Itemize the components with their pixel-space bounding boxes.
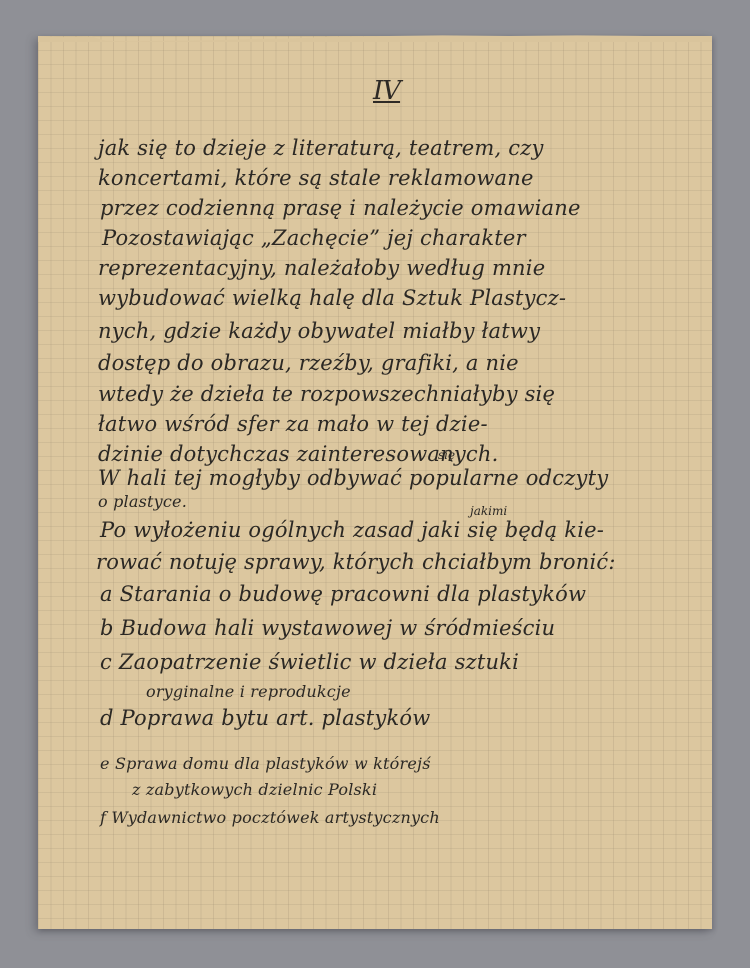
- text-line-1: jak się to dzieje z literaturą, teatrem,…: [98, 136, 544, 160]
- interlinear-insertion-sie: się: [438, 448, 455, 462]
- list-item-f: f Wydawnictwo pocztówek artystycznych: [100, 808, 440, 827]
- list-item-a: a Starania o budowę pracowni dla plastyk…: [100, 582, 586, 606]
- text-line-3: przez codzienną prasę i należycie omawia…: [100, 196, 581, 220]
- torn-top-edge: [38, 30, 712, 42]
- text-line-10: łatwo wśród sfer za mało w tej dzie-: [98, 412, 488, 436]
- text-line-4: Pozostawiając „Zachęcie” jej charakter: [102, 226, 526, 250]
- text-line-5: reprezentacyjny, należałoby według mnie: [98, 256, 545, 280]
- list-item-e-continuation: z zabytkowych dzielnic Polski: [132, 780, 377, 799]
- page-number: IV: [373, 76, 400, 106]
- list-item-e: e Sprawa domu dla plastyków w którejś: [100, 754, 431, 773]
- text-line-12: W hali tej mogłyby odbywać popularne odc…: [98, 466, 608, 490]
- list-item-c-continuation: oryginalne i reprodukcje: [146, 682, 351, 701]
- text-line-8: dostęp do obrazu, rzeźby, grafiki, a nie: [98, 351, 519, 375]
- text-line-15: rować notuję sprawy, których chciałbym b…: [96, 550, 616, 574]
- list-item-b: b Budowa hali wystawowej w śródmieściu: [100, 616, 555, 640]
- text-line-7: nych, gdzie każdy obywatel miałby łatwy: [98, 319, 540, 343]
- list-item-c: c Zaopatrzenie świetlic w dzieła sztuki: [100, 650, 519, 674]
- text-line-2: koncertami, które są stale reklamowane: [98, 166, 534, 190]
- text-line-13: o plastyce.: [98, 492, 187, 511]
- text-line-9: wtedy że dzieła te rozpowszechniałyby si…: [98, 382, 555, 406]
- manuscript-page: IV jak się to dzieje z literaturą, teatr…: [38, 36, 712, 929]
- text-line-14: Po wyłożeniu ogólnych zasad jaki się będ…: [100, 518, 604, 542]
- list-item-d: d Poprawa bytu art. plastyków: [100, 706, 430, 730]
- text-line-6: wybudować wielką halę dla Sztuk Plastycz…: [98, 286, 566, 310]
- interlinear-insertion-jakimi: jakimi: [470, 504, 507, 518]
